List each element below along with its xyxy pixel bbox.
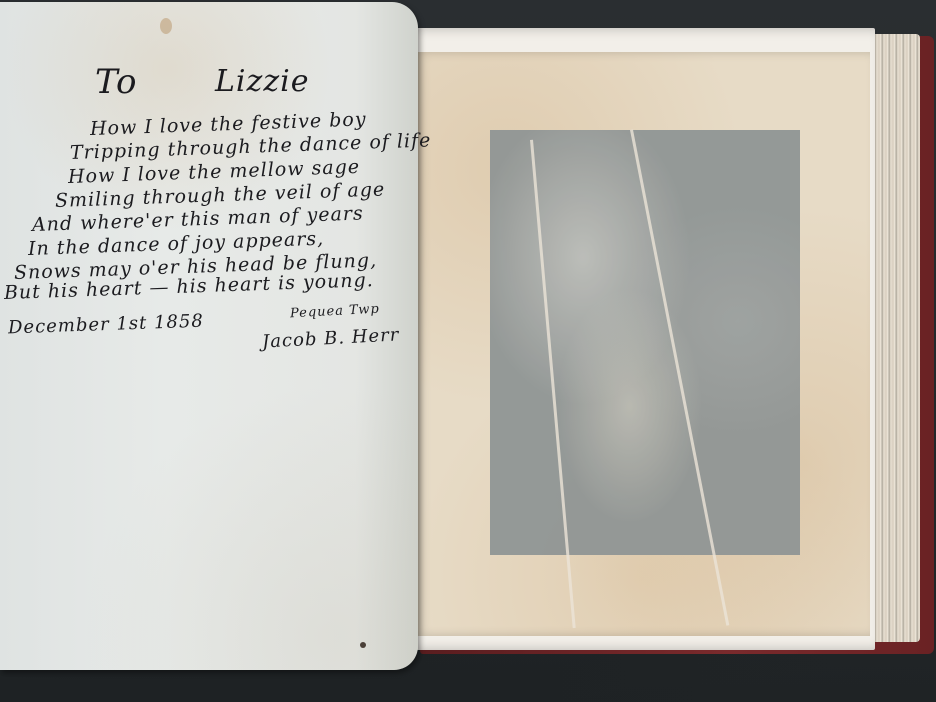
inscription-place: Pequea Twp xyxy=(290,302,380,322)
signature: Jacob B. Herr xyxy=(262,324,400,352)
inscription-date: December 1st 1858 xyxy=(8,311,204,339)
recipient-name: Lizzie xyxy=(215,64,309,99)
foxing-spot xyxy=(160,18,172,34)
salutation: To xyxy=(95,62,138,102)
foxing-spot xyxy=(360,642,366,648)
page-stack-edge xyxy=(870,34,920,642)
left-page: To Lizzie How I love the festive boy Tri… xyxy=(0,2,418,670)
